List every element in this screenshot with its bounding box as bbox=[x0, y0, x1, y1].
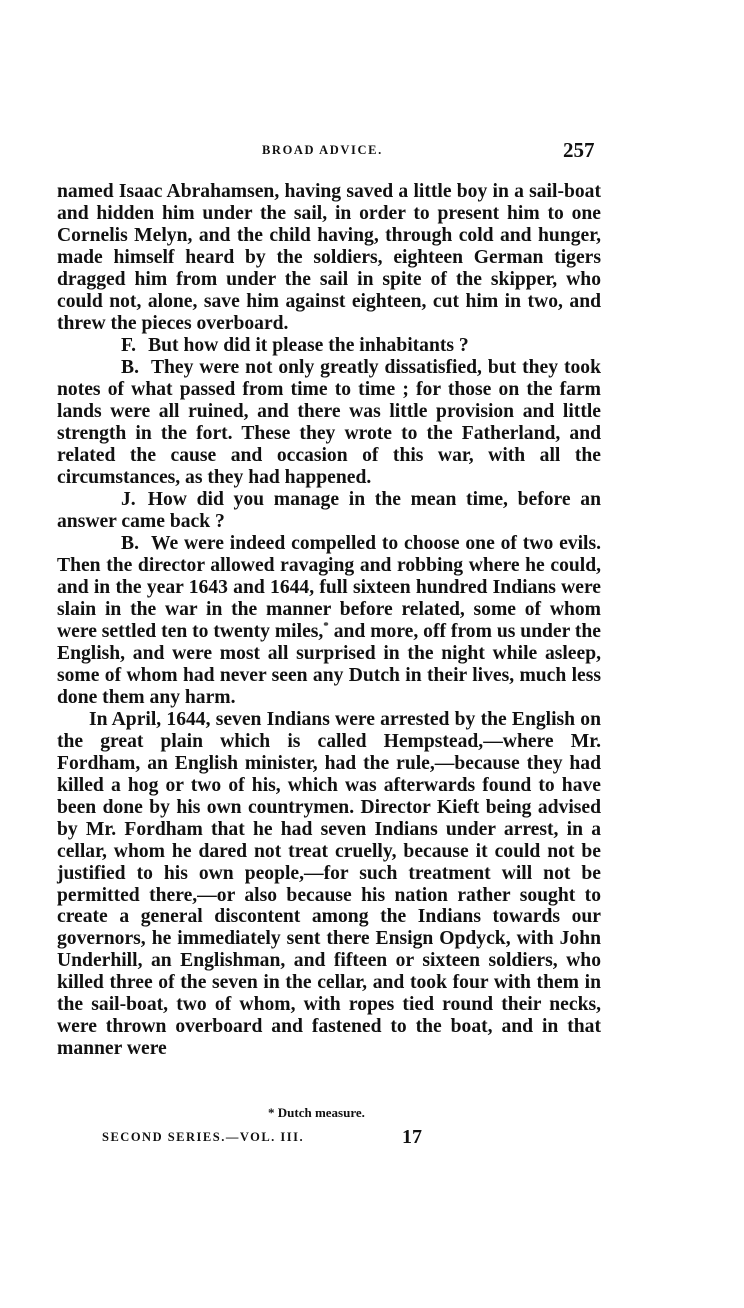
speaker-label: J. bbox=[89, 489, 136, 511]
running-title: BROAD ADVICE. bbox=[262, 143, 383, 158]
speaker-label: B. bbox=[89, 357, 139, 379]
series-volume-line: SECOND SERIES.—VOL. III. bbox=[102, 1130, 304, 1145]
page-number: 257 bbox=[563, 138, 595, 163]
speaker-label: B. bbox=[89, 533, 139, 555]
paragraph-5: B.We were indeed compelled to choose one… bbox=[57, 533, 601, 709]
speaker-label: F. bbox=[89, 335, 136, 357]
footnote: * Dutch measure. bbox=[268, 1105, 365, 1121]
signature-footer: SECOND SERIES.—VOL. III. 17 bbox=[0, 1126, 744, 1148]
paragraph-text: named Isaac Abrahamsen, having saved a l… bbox=[57, 181, 601, 334]
paragraph-6: In April, 1644, seven Indians were arres… bbox=[57, 709, 601, 1061]
paragraph-4: J.How did you manage in the mean time, b… bbox=[57, 489, 601, 533]
paragraph-2: F.But how did it please the inhabitants … bbox=[57, 335, 601, 357]
paragraph-1: named Isaac Abrahamsen, having saved a l… bbox=[57, 181, 601, 335]
paragraph-text: But how did it please the inhabitants ? bbox=[148, 335, 469, 356]
paragraph-text: In April, 1644, seven Indians were arres… bbox=[57, 709, 601, 1060]
paragraph-3: B.They were not only greatly dissatisfie… bbox=[57, 357, 601, 489]
body-text: named Isaac Abrahamsen, having saved a l… bbox=[57, 181, 601, 1060]
running-head: BROAD ADVICE. 257 bbox=[0, 138, 744, 160]
signature-number: 17 bbox=[402, 1126, 422, 1149]
paragraph-text: How did you manage in the mean time, bef… bbox=[57, 489, 601, 532]
